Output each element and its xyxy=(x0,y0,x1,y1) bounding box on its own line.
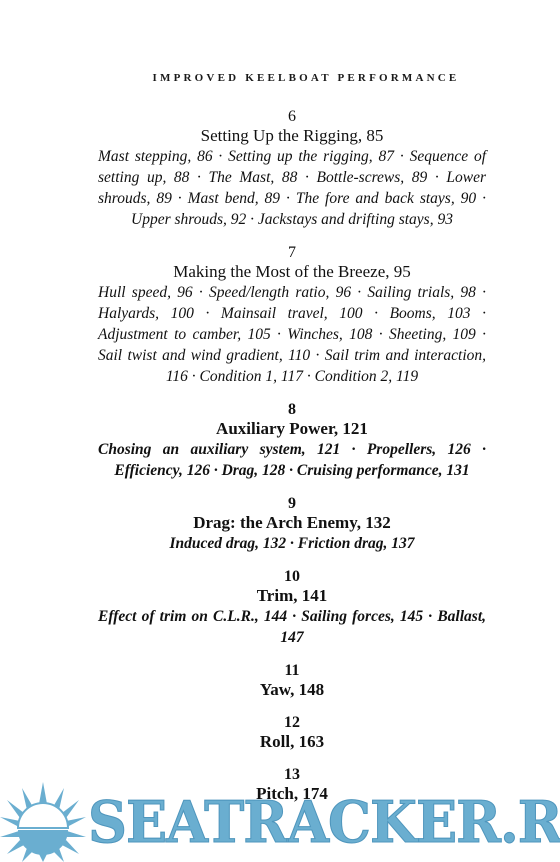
chapter-number: 11 xyxy=(98,662,486,680)
table-of-contents: 6 Setting Up the Rigging, 85 Mast steppi… xyxy=(98,108,486,814)
chapter-title: Drag: the Arch Enemy, 132 xyxy=(98,513,486,533)
chapter-topics: Hull speed, 96 · Speed/length ratio, 96 … xyxy=(98,282,486,387)
chapter-number: 10 xyxy=(98,568,486,586)
running-head: IMPROVED KEELBOAT PERFORMANCE xyxy=(0,72,560,84)
chapter-title: Making the Most of the Breeze, 95 xyxy=(98,262,486,282)
chapter-title: Auxiliary Power, 121 xyxy=(98,419,486,439)
watermark: SEATRACKER.RU xyxy=(0,782,560,862)
chapter-title: Setting Up the Rigging, 85 xyxy=(98,126,486,146)
chapter-number: 12 xyxy=(98,714,486,732)
chapter-topics: Induced drag, 132 · Friction drag, 137 xyxy=(98,533,486,554)
chapter-number: 7 xyxy=(98,244,486,262)
chapter-9: 9 Drag: the Arch Enemy, 132 Induced drag… xyxy=(98,495,486,554)
chapter-topics: Mast stepping, 86 · Setting up the riggi… xyxy=(98,146,486,230)
chapter-number: 8 xyxy=(98,401,486,419)
chapter-title: Trim, 141 xyxy=(98,586,486,606)
chapter-10: 10 Trim, 141 Effect of trim on C.L.R., 1… xyxy=(98,568,486,648)
chapter-6: 6 Setting Up the Rigging, 85 Mast steppi… xyxy=(98,108,486,230)
chapter-8: 8 Auxiliary Power, 121 Chosing an auxili… xyxy=(98,401,486,481)
chapter-title: Roll, 163 xyxy=(98,732,486,752)
chapter-topics: Chosing an auxiliary system, 121 · Prope… xyxy=(98,439,486,481)
chapter-title: Yaw, 148 xyxy=(98,680,486,700)
chapter-12: 12 Roll, 163 xyxy=(98,714,486,752)
chapter-11: 11 Yaw, 148 xyxy=(98,662,486,700)
chapter-7: 7 Making the Most of the Breeze, 95 Hull… xyxy=(98,244,486,387)
chapter-number: 9 xyxy=(98,495,486,513)
chapter-topics: Effect of trim on C.L.R., 144 · Sailing … xyxy=(98,606,486,648)
sun-icon xyxy=(0,782,86,862)
chapter-number: 6 xyxy=(98,108,486,126)
watermark-text: SEATRACKER.RU xyxy=(88,788,560,855)
